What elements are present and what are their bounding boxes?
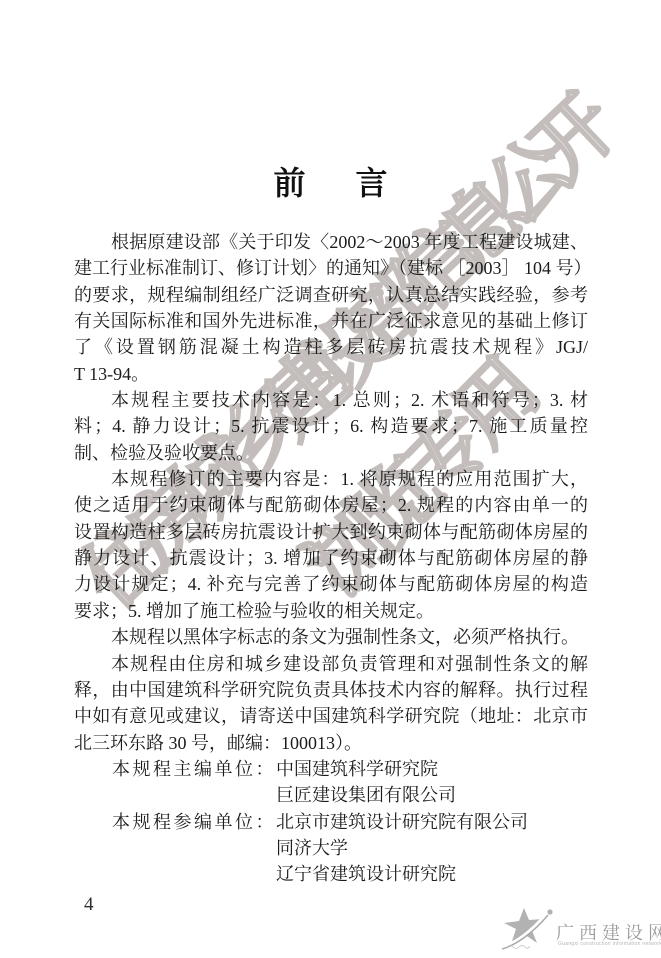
body-line: 使之适用于约束砌体与配筋砌体房屋；2. 规程的内容由单一的 (74, 492, 588, 518)
chief-editor-row: 巨匠建设集团有限公司 (74, 782, 588, 808)
body-line: 的要求，规程编制组经广泛调查研究，认真总结实践经验，参考 (74, 282, 588, 308)
foreword-paragraph-2: 本规程主要技术内容是：1. 总则；2. 术语和符号；3. 材 料；4. 静力设计… (74, 387, 588, 466)
body-line: 有关国际标准和国外先进标准，并在广泛征求意见的基础上修订 (74, 308, 588, 334)
document-page: 住房城乡建设部信息公开 浏览专用 前言 根据原建设部《关于印发〈2002～200… (0, 0, 661, 958)
foreword-paragraph-3: 本规程修订的主要内容是：1. 将原规程的应用范围扩大， 使之适用于约束砌体与配筋… (74, 466, 588, 624)
body-line: 释，由中国建筑科学研究院负责具体技术内容的解释。执行过程 (74, 677, 588, 703)
title-char-left: 前 (273, 165, 305, 201)
chief-editor-org: 巨匠建设集团有限公司 (276, 782, 456, 808)
body-line: 制、检验及验收要点。 (74, 440, 588, 466)
editor-label-spacer (112, 782, 276, 808)
title-char-right: 言 (356, 165, 388, 201)
body-line: 静力设计、抗震设计；3. 增加了约束砌体与配筋砌体房屋的静 (74, 545, 588, 571)
site-logo-tagline: Guangxi construction information network (558, 941, 661, 947)
participant-editor-row: 同济大学 (74, 835, 588, 861)
chief-editor-label: 本规程主编单位： (112, 756, 276, 782)
body-line: 本规程修订的主要内容是：1. 将原规程的应用范围扩大， (74, 466, 588, 492)
body-line: 力设计规定；4. 补充与完善了约束砌体与配筋砌体房屋的构造 (74, 571, 588, 597)
star-swoosh-icon (500, 903, 554, 951)
editor-organizations: 本规程主编单位： 中国建筑科学研究院 巨匠建设集团有限公司 本规程参编单位： 北… (74, 756, 588, 888)
body-line: T 13-94。 (74, 361, 588, 387)
foreword-paragraph-1: 根据原建设部《关于印发〈2002～2003 年度工程建设城建、 建工行业标准制订… (74, 229, 588, 387)
body-line: 中如有意见或建议，请寄送中国建筑科学研究院（地址：北京市 (74, 703, 588, 729)
body-line: 建工行业标准制订、修订计划〉的通知》（建标 ［2003］ 104 号） (74, 255, 588, 281)
chief-editor-row: 本规程主编单位： 中国建筑科学研究院 (74, 756, 588, 782)
participant-editor-row: 本规程参编单位： 北京市建筑设计研究院有限公司 (74, 809, 588, 835)
body-line: 料；4. 静力设计；5. 抗震设计；6. 构造要求；7. 施工质量控 (74, 413, 588, 439)
foreword-body: 根据原建设部《关于印发〈2002～2003 年度工程建设城建、 建工行业标准制订… (74, 229, 588, 888)
body-line: 本规程由住房和城乡建设部负责管理和对强制性条文的解 (74, 651, 588, 677)
body-line: 要求；5. 增加了施工检验与验收的相关规定。 (74, 598, 588, 624)
participant-editor-label: 本规程参编单位： (112, 809, 276, 835)
participant-editor-org: 辽宁省建筑设计研究院 (276, 861, 456, 887)
body-line: 北三环东路 30 号，邮编：100013）。 (74, 730, 588, 756)
mandatory-clause-line: 本规程以黑体字标志的条文为强制性条文，必须严格执行。 (74, 624, 588, 650)
foreword-paragraph-5: 本规程由住房和城乡建设部负责管理和对强制性条文的解 释，由中国建筑科学研究院负责… (74, 651, 588, 756)
body-line: 设置构造柱多层砖房抗震设计扩大到约束砌体与配筋砌体房屋的 (74, 519, 588, 545)
editor-label-spacer (112, 861, 276, 887)
participant-editor-row: 辽宁省建筑设计研究院 (74, 861, 588, 887)
editor-label-spacer (112, 835, 276, 861)
chief-editor-org: 中国建筑科学研究院 (276, 756, 438, 782)
participant-editor-org: 同济大学 (276, 835, 348, 861)
page-title: 前言 (0, 158, 661, 204)
participant-editor-org: 北京市建筑设计研究院有限公司 (276, 809, 528, 835)
site-logo: 广西建设网 Guangxi construction information n… (500, 901, 658, 953)
page-number: 4 (84, 894, 94, 916)
body-line: 了《设置钢筋混凝土构造柱多层砖房抗震技术规程》JGJ/ (74, 334, 588, 360)
body-line: 本规程主要技术内容是：1. 总则；2. 术语和符号；3. 材 (74, 387, 588, 413)
body-line: 根据原建设部《关于印发〈2002～2003 年度工程建设城建、 (74, 229, 588, 255)
foreword-paragraph-4-mandatory-clause: 本规程以黑体字标志的条文为强制性条文，必须严格执行。 (74, 624, 588, 650)
